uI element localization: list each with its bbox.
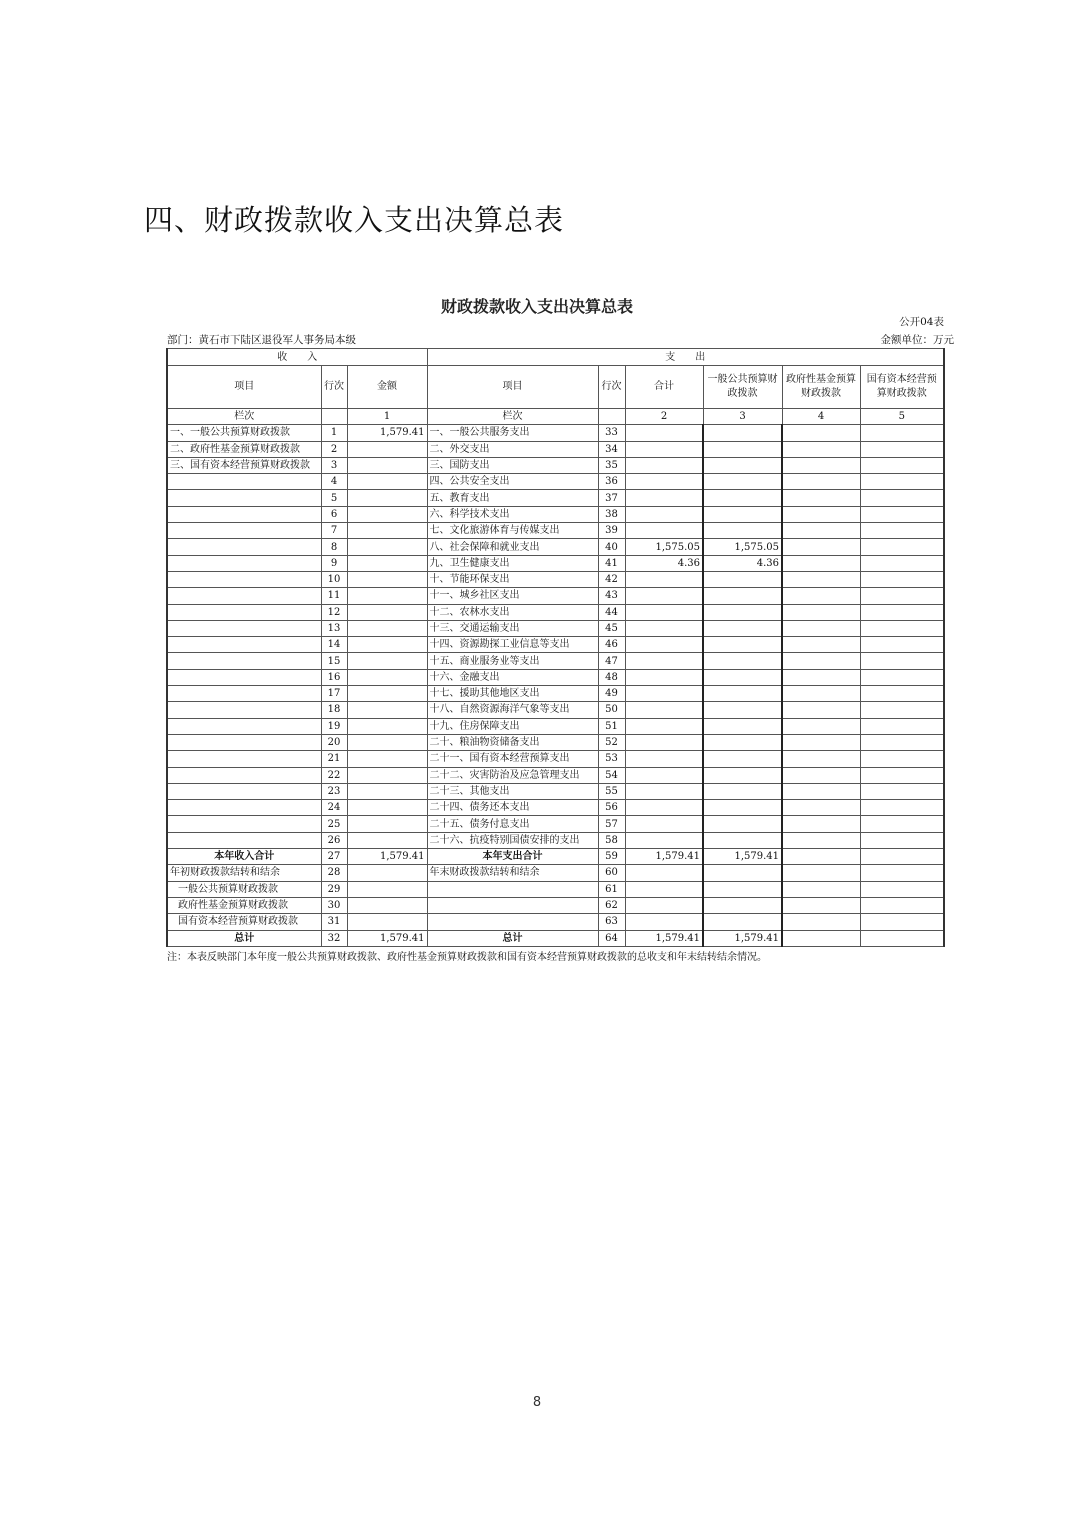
expense-item: 二十五、债务付息支出 — [427, 816, 598, 832]
income-item: 本年收入合计 — [167, 849, 321, 865]
table-row: 12十二、农林水支出44 — [167, 604, 944, 620]
expense-item: 二十六、抗疫特别国债安排的支出 — [427, 832, 598, 848]
gov-fund-amount — [782, 800, 860, 816]
income-row-no: 9 — [321, 555, 347, 571]
total-amount — [625, 604, 703, 620]
income-amount — [347, 490, 427, 506]
income-amount — [347, 783, 427, 799]
income-item — [167, 767, 321, 783]
state-capital-amount — [860, 506, 944, 522]
state-capital-amount — [860, 637, 944, 653]
expense-item — [427, 914, 598, 930]
general-public-amount — [703, 865, 782, 881]
state-capital-amount — [860, 669, 944, 685]
expense-row-no: 55 — [598, 783, 625, 799]
general-public-amount — [703, 457, 782, 473]
general-public-amount — [703, 832, 782, 848]
state-capital-amount — [860, 620, 944, 636]
total-amount — [625, 800, 703, 816]
income-row-no: 7 — [321, 523, 347, 539]
income-item — [167, 604, 321, 620]
gov-fund-amount — [782, 441, 860, 457]
income-row-no: 4 — [321, 474, 347, 490]
income-row-no: 16 — [321, 669, 347, 685]
income-row-no: 19 — [321, 718, 347, 734]
expense-row-no: 52 — [598, 734, 625, 750]
income-item — [167, 734, 321, 750]
income-row-no: 29 — [321, 881, 347, 897]
total-amount — [625, 637, 703, 653]
income-item: 政府性基金预算财政拨款 — [167, 897, 321, 913]
state-capital-amount — [860, 783, 944, 799]
gov-fund-amount — [782, 832, 860, 848]
state-capital-amount — [860, 686, 944, 702]
total-amount — [625, 702, 703, 718]
expense-item: 十、节能环保支出 — [427, 571, 598, 587]
state-capital-amount — [860, 588, 944, 604]
expense-row-no: 51 — [598, 718, 625, 734]
expense-item — [427, 897, 598, 913]
table-row: 23二十三、其他支出55 — [167, 783, 944, 799]
gov-fund-amount — [782, 588, 860, 604]
general-public-amount — [703, 718, 782, 734]
income-row-no: 17 — [321, 686, 347, 702]
expense-item: 十七、援助其他地区支出 — [427, 686, 598, 702]
gov-fund-amount — [782, 897, 860, 913]
gov-fund-amount — [782, 930, 860, 946]
total-amount — [625, 571, 703, 587]
expense-row-no: 43 — [598, 588, 625, 604]
expense-item: 二十四、债务还本支出 — [427, 800, 598, 816]
income-amount — [347, 571, 427, 587]
column-index-2: 2 — [625, 409, 703, 425]
gov-fund-amount — [782, 523, 860, 539]
expense-item: 二、外交支出 — [427, 441, 598, 457]
state-capital-amount — [860, 425, 944, 441]
income-row-no: 18 — [321, 702, 347, 718]
expense-row-no: 56 — [598, 800, 625, 816]
expense-item: 本年支出合计 — [427, 849, 598, 865]
expense-row-no: 45 — [598, 620, 625, 636]
general-public-amount — [703, 588, 782, 604]
general-public-amount — [703, 571, 782, 587]
general-public-amount — [703, 637, 782, 653]
general-public-amount — [703, 425, 782, 441]
amount-unit-label: 金额单位：万元 — [881, 332, 955, 347]
general-public-amount — [703, 604, 782, 620]
total-amount — [625, 506, 703, 522]
state-capital-amount — [860, 571, 944, 587]
state-capital-amount — [860, 865, 944, 881]
table-row: 年初财政拨款结转和结余28年末财政拨款结转和结余60 — [167, 865, 944, 881]
table-row: 本年收入合计271,579.41本年支出合计591,579.411,579.41 — [167, 849, 944, 865]
section-title: 四、财政拨款收入支出决算总表 — [144, 198, 564, 239]
total-amount — [625, 686, 703, 702]
general-public-amount — [703, 897, 782, 913]
total-amount — [625, 767, 703, 783]
income-row-no: 14 — [321, 637, 347, 653]
state-capital-amount — [860, 930, 944, 946]
table-row: 总计321,579.41总计641,579.411,579.41 — [167, 930, 944, 946]
total-amount — [625, 669, 703, 685]
income-amount — [347, 816, 427, 832]
income-item — [167, 571, 321, 587]
table-row: 三、国有资本经营预算财政拨款3三、国防支出35 — [167, 457, 944, 473]
expense-item: 总计 — [427, 930, 598, 946]
gov-fund-amount — [782, 914, 860, 930]
expense-item: 十二、农林水支出 — [427, 604, 598, 620]
table-row: 16十六、金融支出48 — [167, 669, 944, 685]
expense-row-no: 63 — [598, 914, 625, 930]
income-row-no: 21 — [321, 751, 347, 767]
income-amount — [347, 718, 427, 734]
expense-row-no: 64 — [598, 930, 625, 946]
income-item — [167, 490, 321, 506]
table-row: 二、政府性基金预算财政拨款2二、外交支出34 — [167, 441, 944, 457]
income-item — [167, 702, 321, 718]
general-public-amount: 1,579.41 — [703, 930, 782, 946]
general-public-amount — [703, 767, 782, 783]
income-row-no: 3 — [321, 457, 347, 473]
state-capital-amount — [860, 555, 944, 571]
income-amount — [347, 506, 427, 522]
income-amount: 1,579.41 — [347, 425, 427, 441]
expense-item: 二十、粮油物资储备支出 — [427, 734, 598, 750]
table-row: 21二十一、国有资本经营预算支出53 — [167, 751, 944, 767]
table-row: 19十九、住房保障支出51 — [167, 718, 944, 734]
income-row-no: 31 — [321, 914, 347, 930]
income-amount — [347, 881, 427, 897]
expense-row-no: 62 — [598, 897, 625, 913]
expense-item: 九、卫生健康支出 — [427, 555, 598, 571]
gov-fund-amount — [782, 881, 860, 897]
income-row-no: 8 — [321, 539, 347, 555]
income-amount — [347, 523, 427, 539]
total-amount — [625, 523, 703, 539]
income-amount — [347, 767, 427, 783]
gov-fund-amount — [782, 718, 860, 734]
col-income-row-no: 行次 — [321, 366, 347, 409]
income-amount — [347, 637, 427, 653]
general-public-amount — [703, 653, 782, 669]
general-public-amount — [703, 734, 782, 750]
expense-row-no: 50 — [598, 702, 625, 718]
income-item: 总计 — [167, 930, 321, 946]
income-item — [167, 539, 321, 555]
table-row: 26二十六、抗疫特别国债安排的支出58 — [167, 832, 944, 848]
state-capital-amount — [860, 490, 944, 506]
general-public-amount: 1,579.41 — [703, 849, 782, 865]
general-public-amount — [703, 620, 782, 636]
general-public-amount — [703, 783, 782, 799]
total-amount — [625, 457, 703, 473]
expense-row-no: 35 — [598, 457, 625, 473]
table-row: 13十三、交通运输支出45 — [167, 620, 944, 636]
income-item — [167, 783, 321, 799]
income-row-no: 26 — [321, 832, 347, 848]
table-row: 20二十、粮油物资储备支出52 — [167, 734, 944, 750]
table-footnote: 注：本表反映部门本年度一般公共预算财政拨款、政府性基金预算财政拨款和国有资本经营… — [167, 948, 767, 963]
income-amount — [347, 620, 427, 636]
total-amount — [625, 914, 703, 930]
income-item — [167, 555, 321, 571]
table-row: 一、一般公共预算财政拨款11,579.41一、一般公共服务支出33 — [167, 425, 944, 441]
total-amount — [625, 816, 703, 832]
income-item — [167, 669, 321, 685]
income-amount: 1,579.41 — [347, 930, 427, 946]
expense-item — [427, 881, 598, 897]
income-item: 二、政府性基金预算财政拨款 — [167, 441, 321, 457]
income-row-no: 20 — [321, 734, 347, 750]
expense-row-no: 37 — [598, 490, 625, 506]
column-index-blank — [598, 409, 625, 425]
state-capital-amount — [860, 800, 944, 816]
income-amount — [347, 686, 427, 702]
column-index-1: 1 — [347, 409, 427, 425]
state-capital-amount — [860, 767, 944, 783]
income-item: 一、一般公共预算财政拨款 — [167, 425, 321, 441]
expense-row-no: 61 — [598, 881, 625, 897]
col-income-amount: 金额 — [347, 366, 427, 409]
gov-fund-amount — [782, 571, 860, 587]
general-public-amount — [703, 881, 782, 897]
general-public-amount — [703, 490, 782, 506]
income-row-no: 5 — [321, 490, 347, 506]
income-amount — [347, 555, 427, 571]
table-row: 22二十二、灾害防治及应急管理支出54 — [167, 767, 944, 783]
expense-row-no: 34 — [598, 441, 625, 457]
table-row: 10十、节能环保支出42 — [167, 571, 944, 587]
income-row-no: 12 — [321, 604, 347, 620]
general-public-amount — [703, 474, 782, 490]
col-general-public-budget: 一般公共预算财政拨款 — [703, 366, 782, 409]
expense-item: 十四、资源勘探工业信息等支出 — [427, 637, 598, 653]
expense-item: 十六、金融支出 — [427, 669, 598, 685]
table-row: 一般公共预算财政拨款2961 — [167, 881, 944, 897]
income-row-no: 23 — [321, 783, 347, 799]
gov-fund-amount — [782, 474, 860, 490]
expense-item: 八、社会保障和就业支出 — [427, 539, 598, 555]
expense-row-no: 47 — [598, 653, 625, 669]
column-index-3: 3 — [703, 409, 782, 425]
expense-item: 年末财政拨款结转和结余 — [427, 865, 598, 881]
state-capital-amount — [860, 751, 944, 767]
state-capital-amount — [860, 849, 944, 865]
general-public-amount — [703, 441, 782, 457]
column-index-blank — [321, 409, 347, 425]
total-amount — [625, 718, 703, 734]
income-amount — [347, 588, 427, 604]
column-index-4: 4 — [782, 409, 860, 425]
income-amount — [347, 604, 427, 620]
income-row-no: 2 — [321, 441, 347, 457]
col-gov-fund-budget: 政府性基金预算财政拨款 — [782, 366, 860, 409]
gov-fund-amount — [782, 425, 860, 441]
expense-row-no: 49 — [598, 686, 625, 702]
general-public-amount — [703, 816, 782, 832]
state-capital-amount — [860, 718, 944, 734]
total-amount — [625, 620, 703, 636]
col-income-item: 项目 — [167, 366, 321, 409]
expense-item: 一、一般公共服务支出 — [427, 425, 598, 441]
general-public-amount: 4.36 — [703, 555, 782, 571]
income-item — [167, 523, 321, 539]
income-amount: 1,579.41 — [347, 849, 427, 865]
income-row-no: 32 — [321, 930, 347, 946]
gov-fund-amount — [782, 555, 860, 571]
expense-row-no: 58 — [598, 832, 625, 848]
general-public-amount — [703, 686, 782, 702]
total-amount: 4.36 — [625, 555, 703, 571]
income-item: 国有资本经营预算财政拨款 — [167, 914, 321, 930]
income-row-no: 30 — [321, 897, 347, 913]
expense-item: 十五、商业服务业等支出 — [427, 653, 598, 669]
expense-row-no: 48 — [598, 669, 625, 685]
state-capital-amount — [860, 881, 944, 897]
table-row: 9九、卫生健康支出414.364.36 — [167, 555, 944, 571]
gov-fund-amount — [782, 457, 860, 473]
general-public-amount — [703, 669, 782, 685]
general-public-amount: 1,575.05 — [703, 539, 782, 555]
expense-item: 五、教育支出 — [427, 490, 598, 506]
income-amount — [347, 669, 427, 685]
gov-fund-amount — [782, 849, 860, 865]
income-amount — [347, 897, 427, 913]
income-row-no: 25 — [321, 816, 347, 832]
income-item — [167, 800, 321, 816]
state-capital-amount — [860, 914, 944, 930]
table-row: 18十八、自然资源海洋气象等支出50 — [167, 702, 944, 718]
table-row: 4四、公共安全支出36 — [167, 474, 944, 490]
table-row: 15十五、商业服务业等支出47 — [167, 653, 944, 669]
table-row: 政府性基金预算财政拨款3062 — [167, 897, 944, 913]
expense-item: 十一、城乡社区支出 — [427, 588, 598, 604]
total-amount — [625, 490, 703, 506]
gov-fund-amount — [782, 620, 860, 636]
state-capital-amount — [860, 604, 944, 620]
gov-fund-amount — [782, 490, 860, 506]
expense-item: 二十二、灾害防治及应急管理支出 — [427, 767, 598, 783]
income-row-no: 6 — [321, 506, 347, 522]
income-row-no: 28 — [321, 865, 347, 881]
state-capital-amount — [860, 702, 944, 718]
income-item — [167, 653, 321, 669]
income-amount — [347, 441, 427, 457]
expense-item: 十九、住房保障支出 — [427, 718, 598, 734]
table-row: 24二十四、债务还本支出56 — [167, 800, 944, 816]
expense-row-no: 53 — [598, 751, 625, 767]
state-capital-amount — [860, 539, 944, 555]
income-amount — [347, 914, 427, 930]
general-public-amount — [703, 523, 782, 539]
expense-row-no: 46 — [598, 637, 625, 653]
expense-row-no: 54 — [598, 767, 625, 783]
total-amount: 1,575.05 — [625, 539, 703, 555]
gov-fund-amount — [782, 702, 860, 718]
total-amount — [625, 441, 703, 457]
total-amount — [625, 832, 703, 848]
gov-fund-amount — [782, 686, 860, 702]
total-amount — [625, 474, 703, 490]
income-item: 一般公共预算财政拨款 — [167, 881, 321, 897]
expense-item: 二十三、其他支出 — [427, 783, 598, 799]
state-capital-amount — [860, 734, 944, 750]
total-amount — [625, 897, 703, 913]
column-index-label: 栏次 — [167, 409, 321, 425]
income-item — [167, 637, 321, 653]
gov-fund-amount — [782, 767, 860, 783]
total-amount — [625, 734, 703, 750]
table-row: 11十一、城乡社区支出43 — [167, 588, 944, 604]
expense-row-no: 60 — [598, 865, 625, 881]
gov-fund-amount — [782, 637, 860, 653]
general-public-amount — [703, 751, 782, 767]
income-amount — [347, 539, 427, 555]
income-amount — [347, 800, 427, 816]
income-amount — [347, 457, 427, 473]
income-item — [167, 588, 321, 604]
income-row-no: 11 — [321, 588, 347, 604]
form-code: 公开04表 — [899, 314, 944, 329]
expense-item: 二十一、国有资本经营预算支出 — [427, 751, 598, 767]
expense-row-no: 41 — [598, 555, 625, 571]
income-amount — [347, 734, 427, 750]
income-item — [167, 816, 321, 832]
income-amount — [347, 865, 427, 881]
column-index-5: 5 — [860, 409, 944, 425]
gov-fund-amount — [782, 539, 860, 555]
income-row-no: 22 — [321, 767, 347, 783]
general-public-amount — [703, 702, 782, 718]
table-row: 国有资本经营预算财政拨款3163 — [167, 914, 944, 930]
table-row: 8八、社会保障和就业支出401,575.051,575.05 — [167, 539, 944, 555]
col-state-capital-budget: 国有资本经营预算财政拨款 — [860, 366, 944, 409]
expense-item: 四、公共安全支出 — [427, 474, 598, 490]
total-amount: 1,579.41 — [625, 930, 703, 946]
income-item — [167, 620, 321, 636]
income-amount — [347, 751, 427, 767]
income-item — [167, 474, 321, 490]
state-capital-amount — [860, 816, 944, 832]
expense-item: 十三、交通运输支出 — [427, 620, 598, 636]
expense-row-no: 36 — [598, 474, 625, 490]
gov-fund-amount — [782, 669, 860, 685]
table-row: 17十七、援助其他地区支出49 — [167, 686, 944, 702]
income-item: 年初财政拨款结转和结余 — [167, 865, 321, 881]
income-item — [167, 506, 321, 522]
state-capital-amount — [860, 653, 944, 669]
income-amount — [347, 702, 427, 718]
gov-fund-amount — [782, 506, 860, 522]
general-public-amount — [703, 506, 782, 522]
general-public-amount — [703, 800, 782, 816]
gov-fund-amount — [782, 783, 860, 799]
column-index-label-expense: 栏次 — [427, 409, 598, 425]
table-row: 25二十五、债务付息支出57 — [167, 816, 944, 832]
income-section-header: 收 入 — [167, 349, 427, 366]
col-total: 合计 — [625, 366, 703, 409]
gov-fund-amount — [782, 865, 860, 881]
table-row: 14十四、资源勘探工业信息等支出46 — [167, 637, 944, 653]
income-item — [167, 718, 321, 734]
col-expense-row-no: 行次 — [598, 366, 625, 409]
expense-row-no: 38 — [598, 506, 625, 522]
gov-fund-amount — [782, 734, 860, 750]
income-item: 三、国有资本经营预算财政拨款 — [167, 457, 321, 473]
state-capital-amount — [860, 457, 944, 473]
state-capital-amount — [860, 832, 944, 848]
expense-row-no: 42 — [598, 571, 625, 587]
